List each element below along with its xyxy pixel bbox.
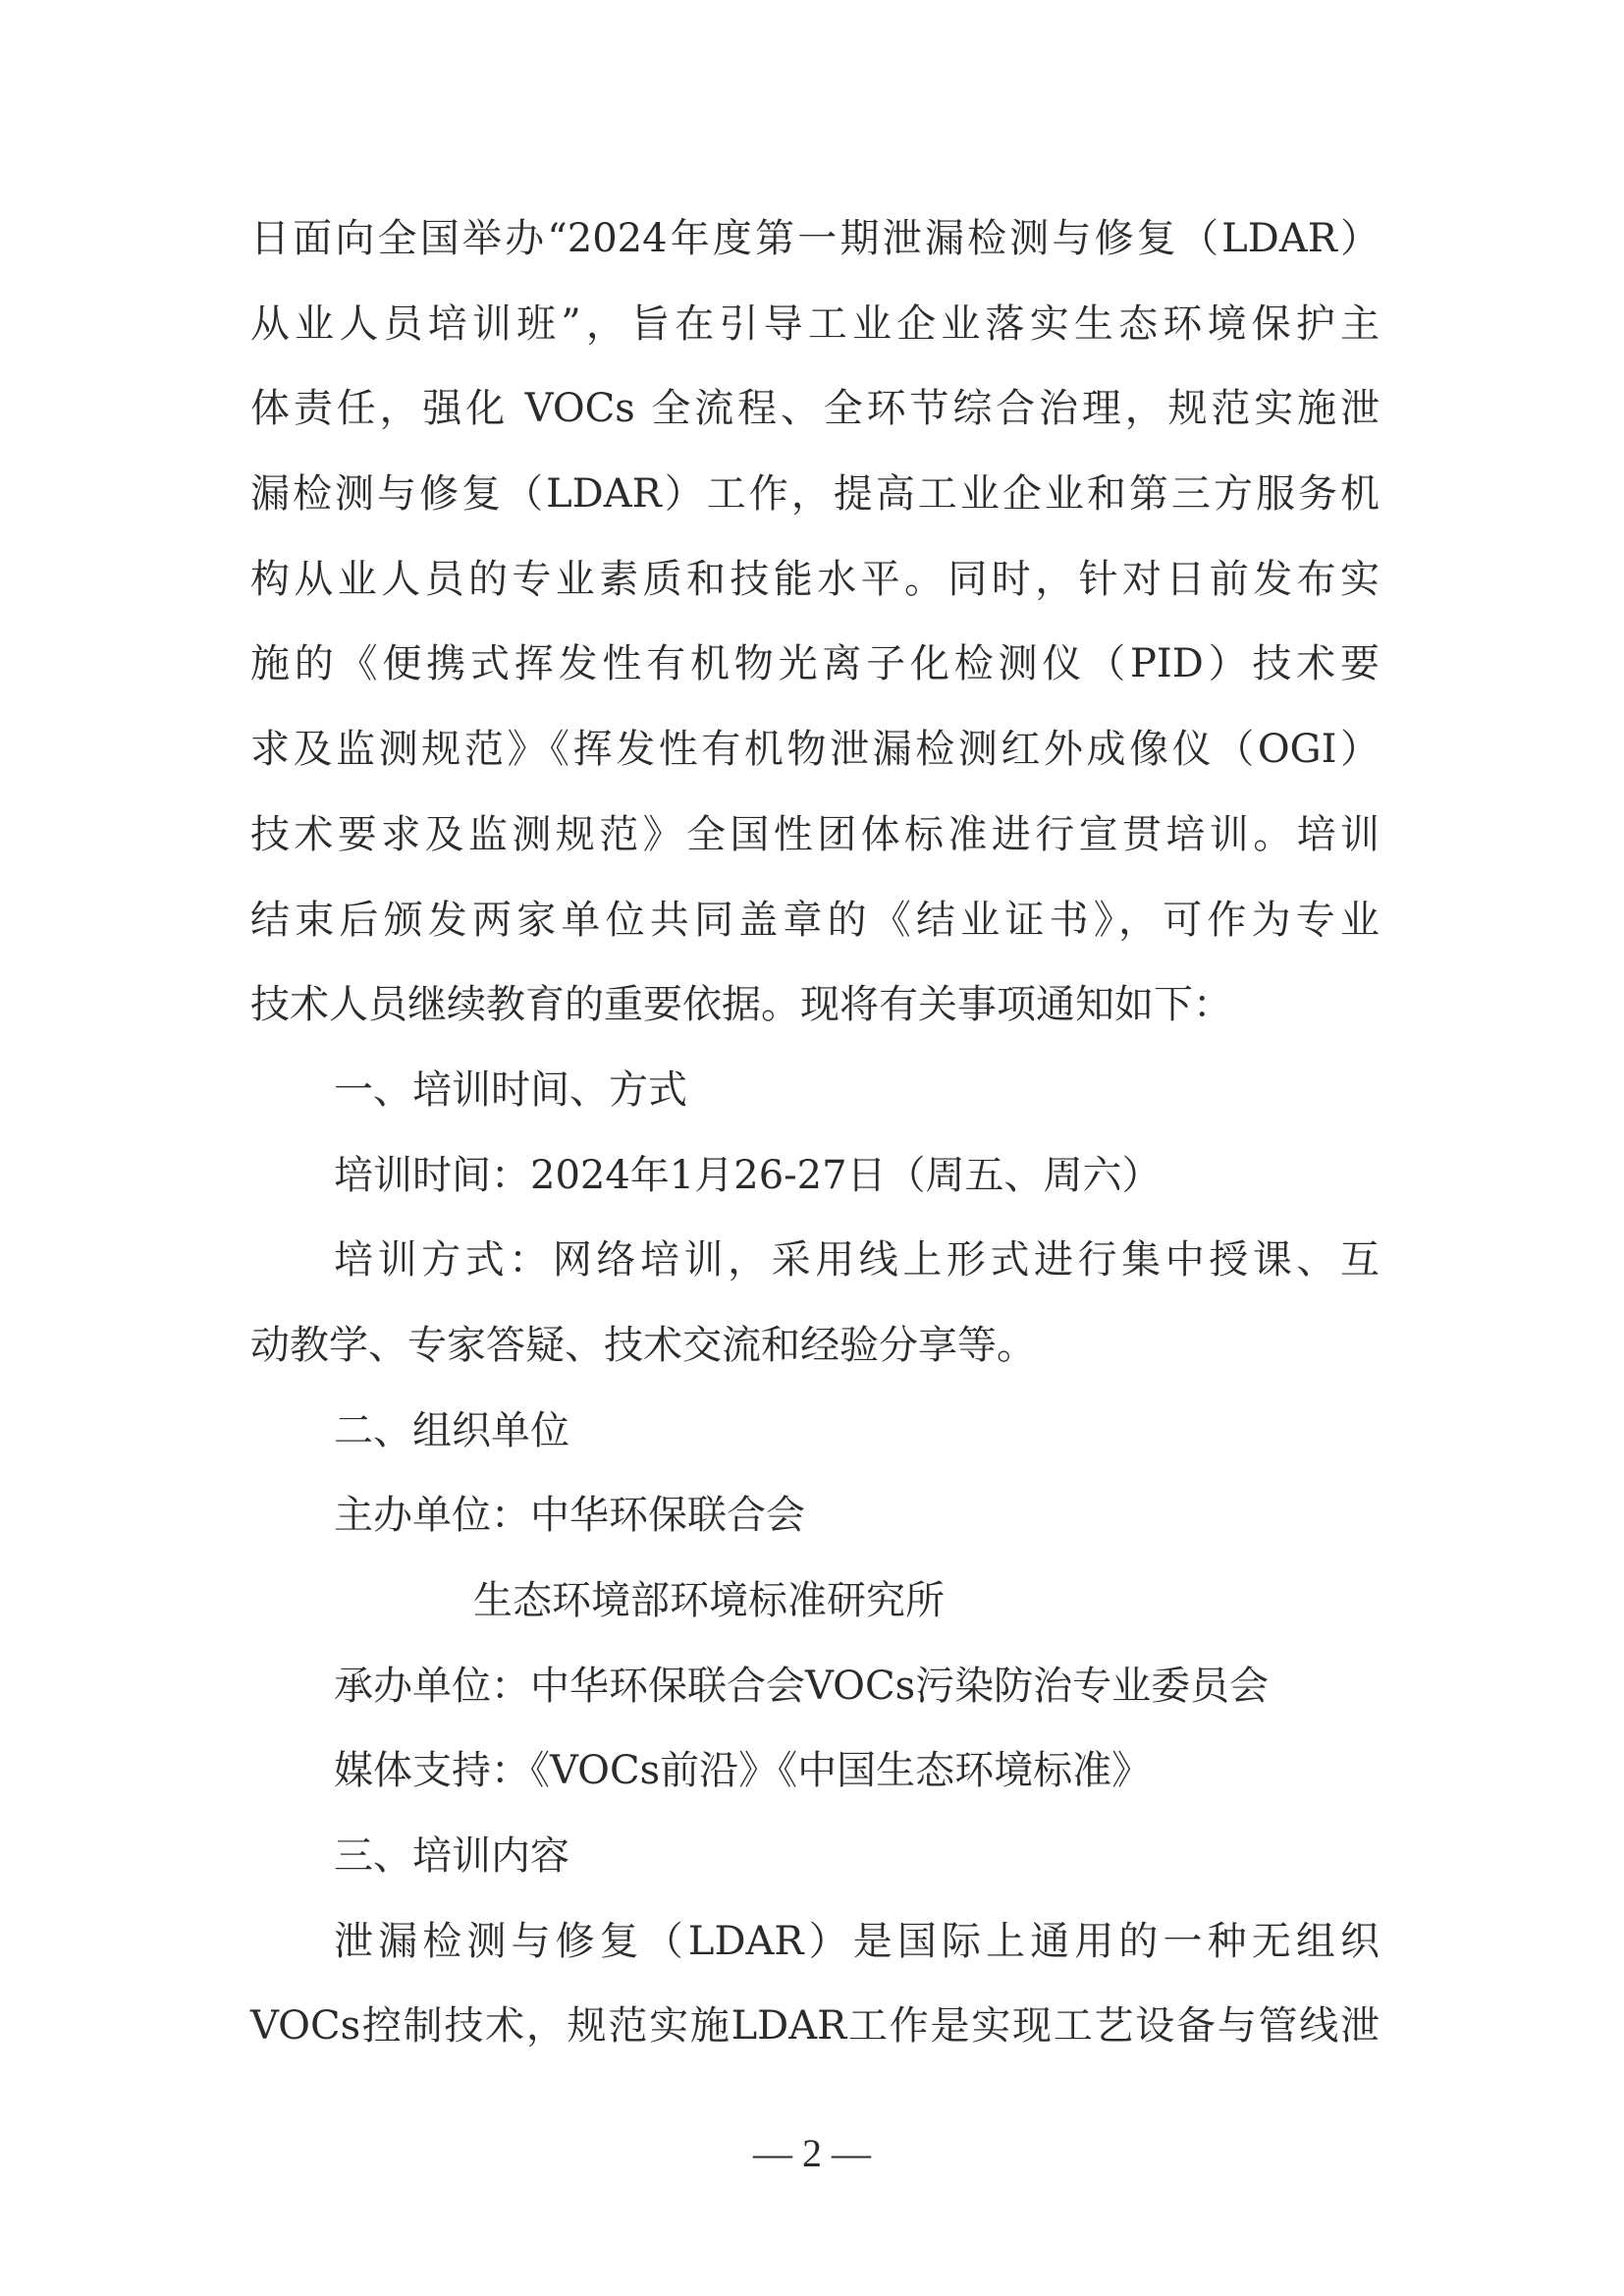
intro-line-10: 技术人员继续教育的重要依据。现将有关事项通知如下：: [250, 962, 1380, 1048]
organizer-unit: 承办单位：中华环保联合会VOCs污染防治专业委员会: [250, 1644, 1380, 1729]
host-unit-line-2: 生态环境部环境标准研究所: [250, 1558, 1380, 1644]
training-method-line-1: 培训方式：网络培训，采用线上形式进行集中授课、互: [250, 1218, 1380, 1303]
media-support: 媒体支持：《VOCs前沿》《中国生态环境标准》: [250, 1728, 1380, 1814]
training-method-line-2: 动教学、专家答疑、技术交流和经验分享等。: [250, 1303, 1380, 1389]
intro-line-2: 从业人员培训班”，旨在引导工业企业落实生态环境保护主: [250, 282, 1380, 367]
document-body: 日面向全国举办“2024年度第一期泄漏检测与修复（LDAR） 从业人员培训班”，…: [250, 196, 1380, 2069]
intro-line-1: 日面向全国举办“2024年度第一期泄漏检测与修复（LDAR）: [250, 196, 1380, 282]
page-number: — 2 —: [0, 2129, 1624, 2178]
intro-line-3: 体责任，强化 VOCs 全流程、全环节综合治理，规范实施泄: [250, 366, 1380, 452]
intro-line-4: 漏检测与修复（LDAR）工作，提高工业企业和第三方服务机: [250, 452, 1380, 537]
intro-line-7: 求及监测规范》《挥发性有机物泄漏检测红外成像仪（OGI）: [250, 707, 1380, 793]
document-page: 日面向全国举办“2024年度第一期泄漏检测与修复（LDAR） 从业人员培训班”，…: [0, 0, 1624, 2296]
section-2-heading: 二、组织单位: [250, 1389, 1380, 1474]
section-1-heading: 一、培训时间、方式: [250, 1048, 1380, 1133]
section-3-heading: 三、培训内容: [250, 1814, 1380, 1899]
intro-line-5: 构从业人员的专业素质和技能水平。同时，针对日前发布实: [250, 537, 1380, 623]
intro-line-6: 施的《便携式挥发性有机物光离子化检测仪（PID）技术要: [250, 622, 1380, 707]
intro-line-8: 技术要求及监测规范》全国性团体标准进行宣贯培训。培训: [250, 793, 1380, 878]
host-unit-line-1: 主办单位：中华环保联合会: [250, 1473, 1380, 1558]
intro-line-9: 结束后颁发两家单位共同盖章的《结业证书》，可作为专业: [250, 878, 1380, 963]
content-line-1: 泄漏检测与修复（LDAR）是国际上通用的一种无组织: [250, 1899, 1380, 1985]
content-line-2: VOCs控制技术，规范实施LDAR工作是实现工艺设备与管线泄: [250, 1984, 1380, 2069]
training-time: 培训时间：2024年1月26-27日（周五、周六）: [250, 1133, 1380, 1219]
